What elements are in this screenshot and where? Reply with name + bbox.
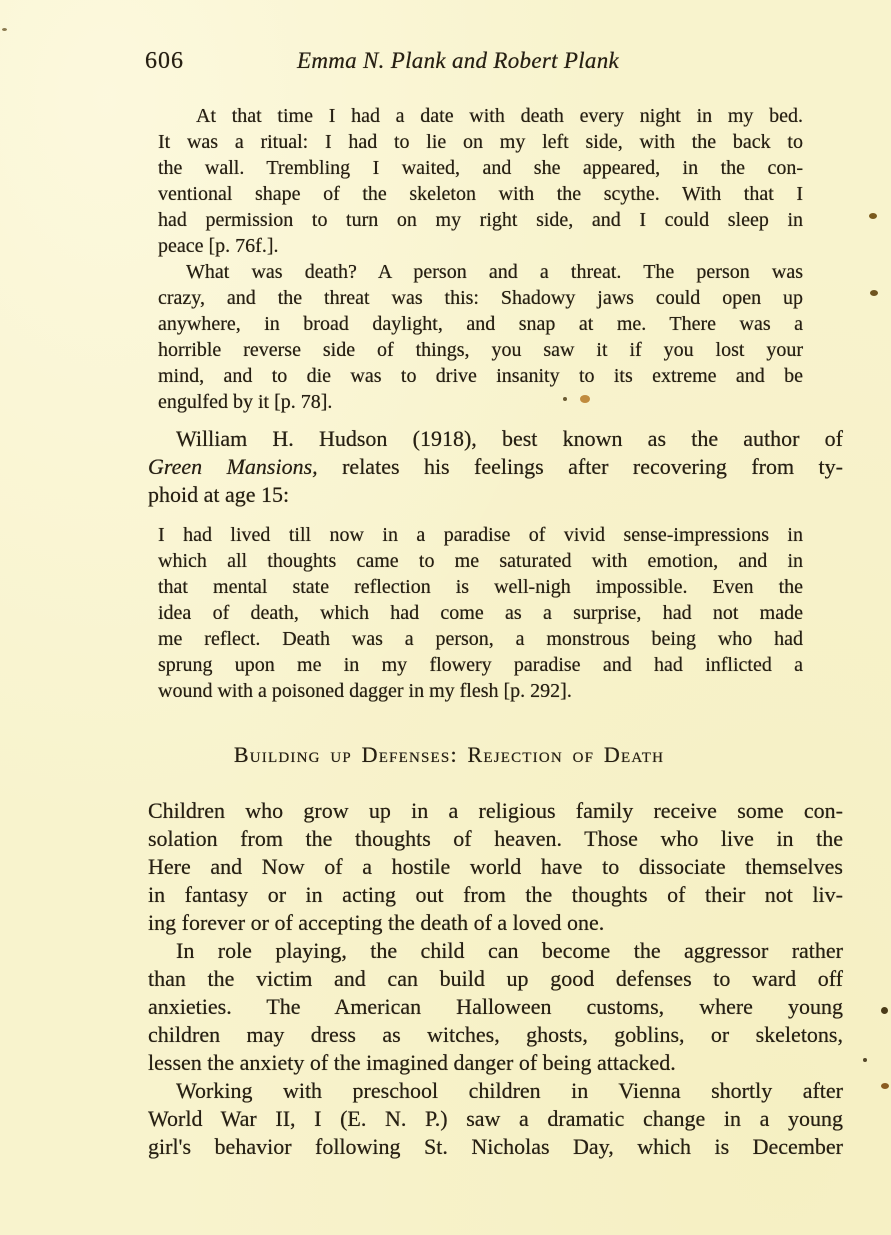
text-line: than the victim and can build up good de… [148,965,843,993]
scan-speck [870,290,878,296]
page-body: At that time I had a date with death eve… [0,103,891,1161]
blockquote-what-was-death: What was death? A person and a threat. T… [158,259,803,415]
text-line: What was death? A person and a threat. T… [158,259,803,285]
page-header: 606 Emma N. Plank and Robert Plank [0,48,891,80]
text-line: idea of death, which had come as a surpr… [158,600,803,626]
paragraph-children-religious: Children who grow up in a religious fami… [148,797,843,937]
text-line: Working with preschool children in Vienn… [148,1077,843,1105]
running-title: Emma N. Plank and Robert Plank [297,48,619,74]
text-line: crazy, and the threat was this: Shadowy … [158,285,803,311]
text-line: At that time I had a date with death eve… [158,103,803,129]
text-line: Children who grow up in a religious fami… [148,797,843,825]
text-line: It was a ritual: I had to lie on my left… [158,129,803,155]
text-line: sprung upon me in my flowery paradise an… [158,652,803,678]
scan-speck [881,1007,888,1014]
section-heading: Building up Defenses: Rejection of Death [100,742,798,768]
scan-speck [580,395,590,403]
scan-speck [863,1058,867,1062]
text-line: I had lived till now in a paradise of vi… [158,522,803,548]
text-line: William H. Hudson (1918), best known as … [148,425,843,453]
text-line: peace [p. 76f.]. [158,233,803,259]
text-line: children may dress as witches, ghosts, g… [148,1021,843,1049]
scan-speck [869,213,877,219]
scan-speck [881,1083,889,1089]
text-line: In role playing, the child can become th… [148,937,843,965]
text-line: horrible reverse side of things, you saw… [158,337,803,363]
text-line: in fantasy or in acting out from the tho… [148,881,843,909]
paragraph-hudson-intro: William H. Hudson (1918), best known as … [148,425,843,509]
scan-speck [563,397,567,401]
text-line: which all thoughts came to me saturated … [158,548,803,574]
text-line: ing forever or of accepting the death of… [148,909,843,937]
text-line: ventional shape of the skeleton with the… [158,181,803,207]
text-line: phoid at age 15: [148,481,843,509]
text-line: Here and Now of a hostile world have to … [148,853,843,881]
text-line: World War II, I (E. N. P.) saw a dramati… [148,1105,843,1133]
text-line: mind, and to die was to drive insanity t… [158,363,803,389]
text-line: me reflect. Death was a person, a monstr… [158,626,803,652]
text-line: Green Mansions, relates his feelings aft… [148,453,843,481]
text-line: that mental state reflection is well-nig… [158,574,803,600]
text-line: had permission to turn on my right side,… [158,207,803,233]
text-line: girl's behavior following St. Nicholas D… [148,1133,843,1161]
text-line: anxieties. The American Halloween custom… [148,993,843,1021]
text-line: solation from the thoughts of heaven. Th… [148,825,843,853]
text-line: engulfed by it [p. 78]. [158,389,803,415]
blockquote-ritual: At that time I had a date with death eve… [158,103,803,259]
text-line: wound with a poisoned dagger in my flesh… [158,678,803,704]
scan-speck [2,28,7,31]
paragraph-working-vienna: Working with preschool children in Vienn… [148,1077,843,1161]
text-line: lessen the anxiety of the imagined dange… [148,1049,843,1077]
text-line: anywhere, in broad daylight, and snap at… [158,311,803,337]
scanned-book-page: 606 Emma N. Plank and Robert Plank At th… [0,0,891,1235]
blockquote-hudson: I had lived till now in a paradise of vi… [158,522,803,704]
text-line: the wall. Trembling I waited, and she ap… [158,155,803,181]
page-number: 606 [145,48,184,75]
paragraph-role-playing: In role playing, the child can become th… [148,937,843,1077]
